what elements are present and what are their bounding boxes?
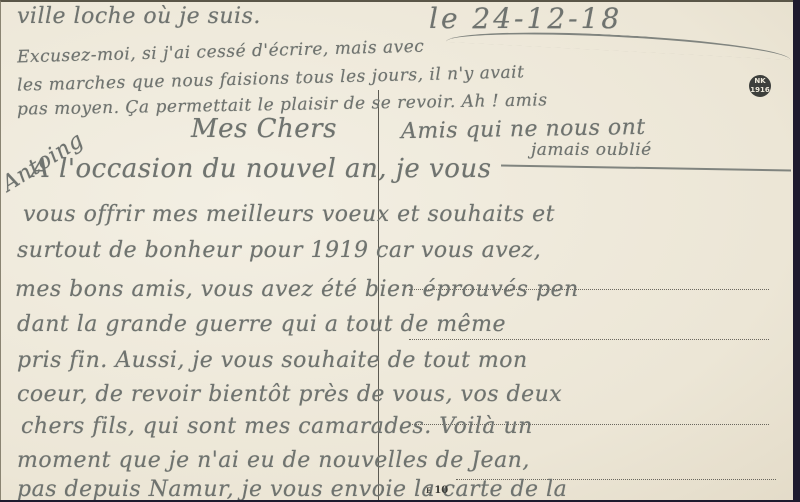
address-line-2 bbox=[409, 339, 769, 340]
body-line-6: pris fin. Aussi, je vous souhaite de tou… bbox=[17, 348, 528, 373]
body-line-3: surtout de bonheur pour 1919 car vous av… bbox=[17, 238, 541, 263]
salutation-underline bbox=[501, 164, 791, 171]
text-line-top-2: Excusez-moi, si j'ai cessé d'écrire, mai… bbox=[17, 37, 425, 68]
postcard-back: NK 1916 le 24-12-18 ville loche où je su… bbox=[0, 0, 793, 500]
body-line-5: dant la grande guerre qui a tout de même bbox=[17, 312, 506, 337]
body-line-1: A l'occasion du nouvel an, je vous bbox=[31, 154, 491, 184]
body-line-10: pas depuis Namur, je vous envoie la cart… bbox=[17, 477, 567, 500]
print-code: E10 bbox=[426, 485, 448, 496]
salutation-continuation-2: jamais oublié bbox=[531, 140, 652, 160]
body-line-9: moment que je n'ai eu de nouvelles de Je… bbox=[17, 448, 530, 473]
body-line-8: chers fils, qui sont mes camarades. Voil… bbox=[21, 414, 533, 439]
salutation: Mes Chers bbox=[191, 114, 337, 144]
body-line-2: vous offrir mes meilleurs voeux et souha… bbox=[23, 202, 555, 227]
publisher-logo-icon: NK 1916 bbox=[749, 75, 771, 97]
body-line-4: mes bons amis, vous avez été bien éprouv… bbox=[15, 277, 579, 302]
body-line-7: coeur, de revoir bientôt près de vous, v… bbox=[17, 382, 562, 407]
text-line-top-3: les marches que nous faisions tous les j… bbox=[17, 62, 525, 95]
letter-date: le 24-12-18 bbox=[429, 2, 622, 35]
text-line-top-1: ville loche où je suis. bbox=[17, 4, 261, 29]
